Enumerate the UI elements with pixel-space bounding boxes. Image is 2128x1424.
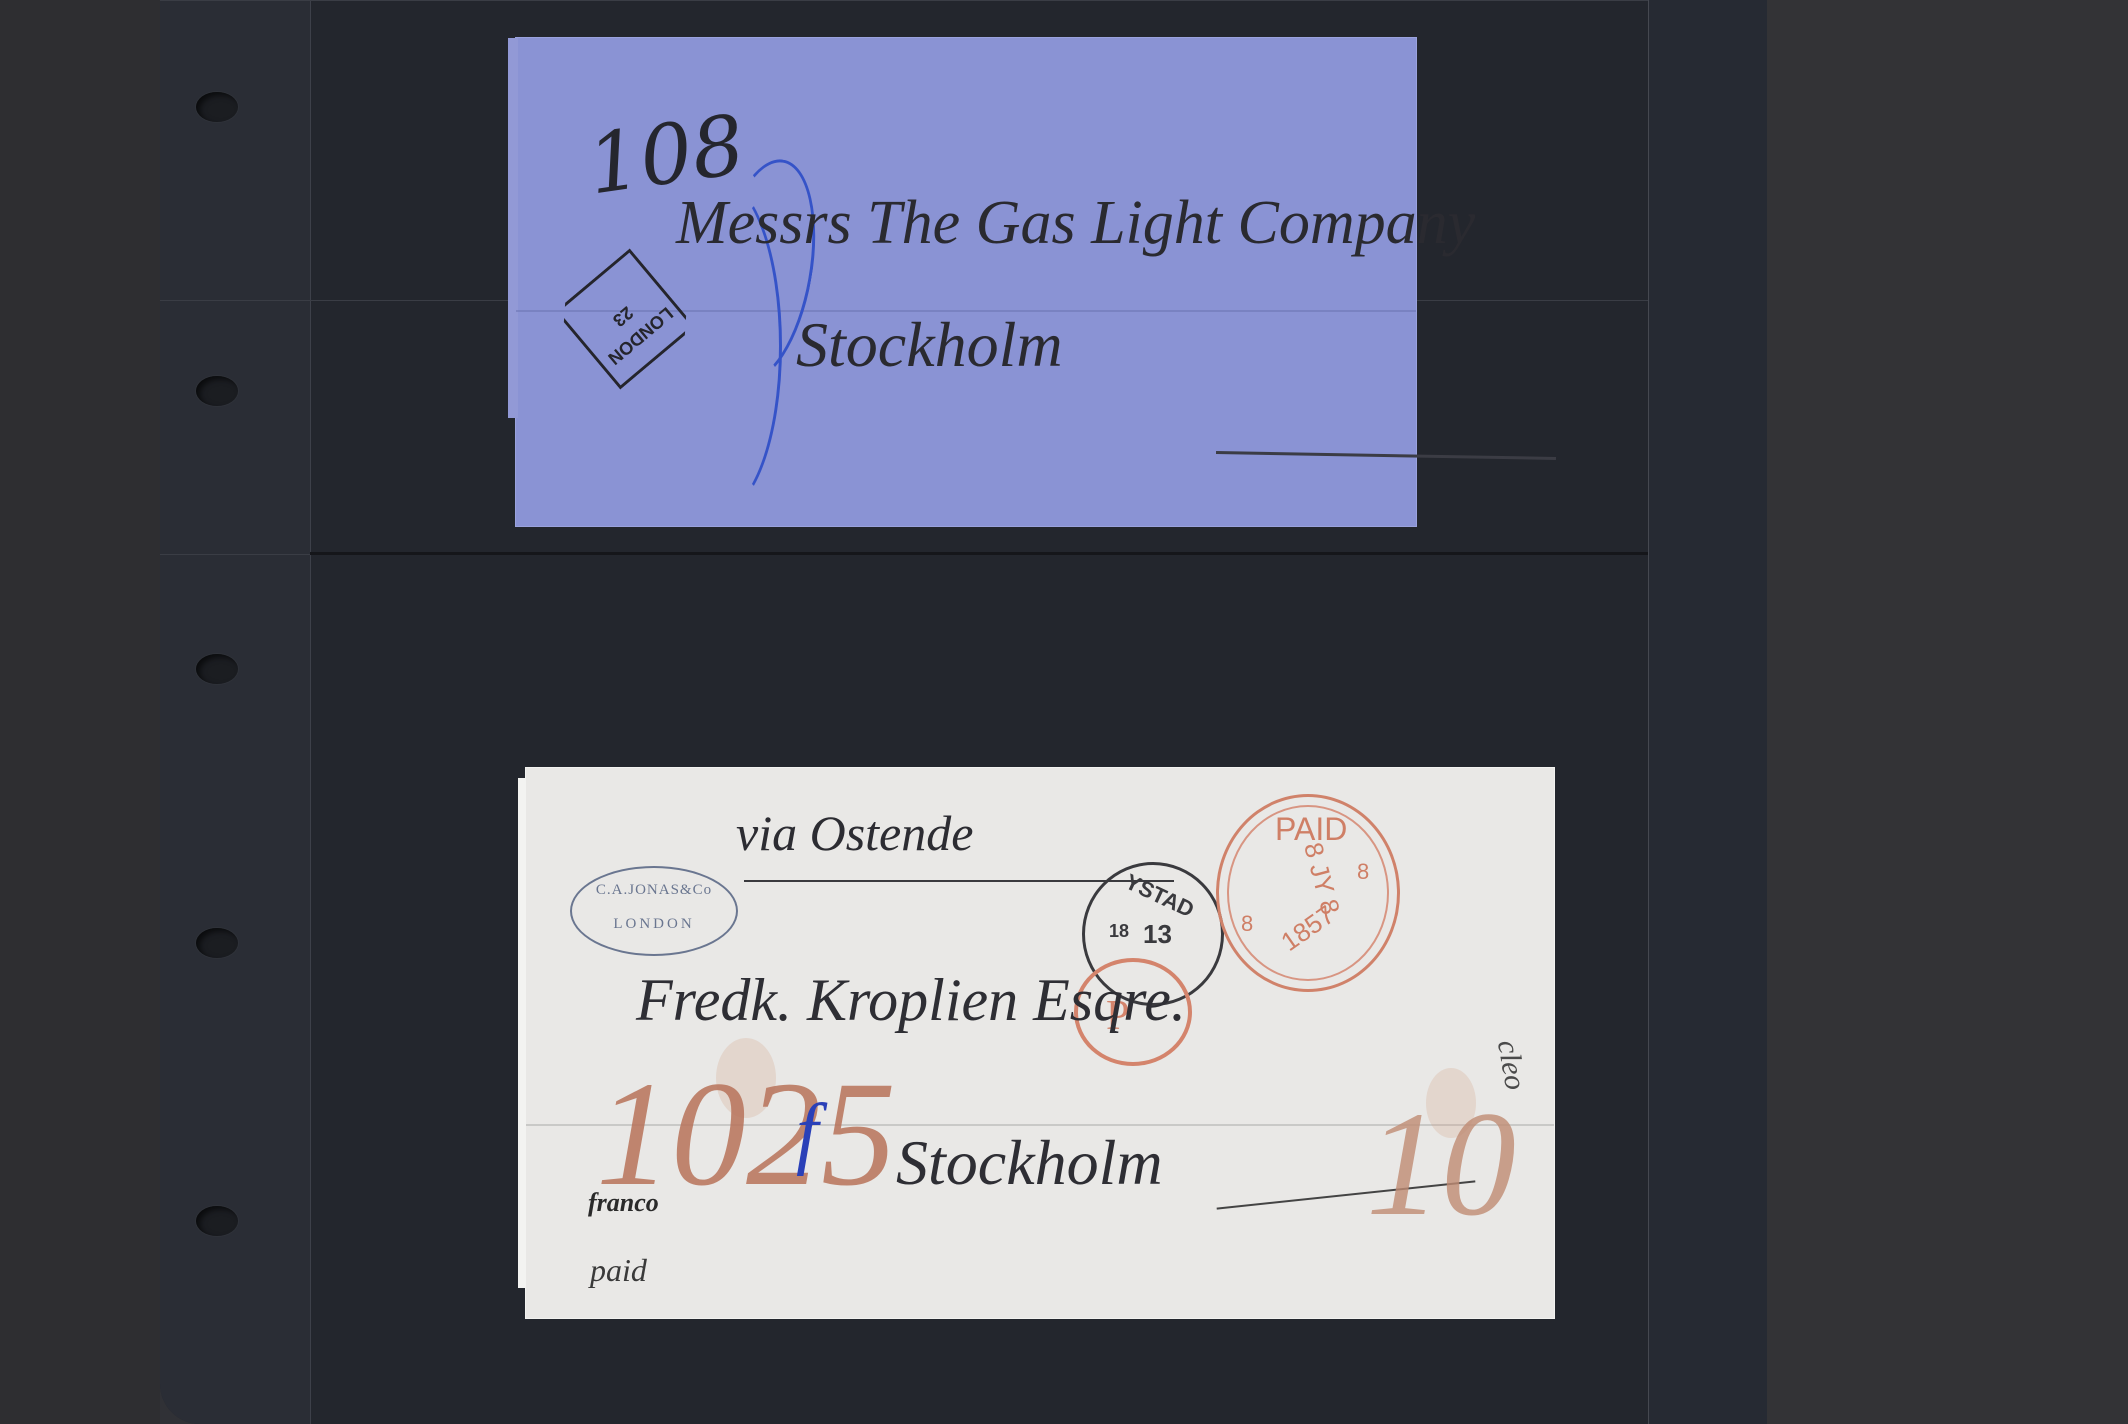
postmark-side: 18	[1109, 921, 1129, 942]
address-line-1: Messrs The Gas Light Company	[676, 188, 1475, 259]
postmark-left: 8	[1241, 911, 1253, 937]
route-note: via Ostende	[736, 804, 973, 862]
cover-flap	[508, 38, 518, 418]
address-line-2: Stockholm	[796, 308, 1063, 382]
blue-cover[interactable]: 108 LONDON 23 Messrs The Gas Light Compa…	[516, 38, 1416, 526]
postmark-day: 13	[1143, 919, 1172, 950]
postmark-year: 1857	[1275, 899, 1340, 958]
destination-city: Stockholm	[896, 1126, 1163, 1200]
paid-postmark: PAID 8 JY 8 1857 8 8	[1216, 794, 1400, 992]
cover-edge	[518, 778, 526, 1288]
white-cover[interactable]: via Ostende C.A.JONAS&Co LONDON YSTAD 18…	[526, 768, 1554, 1318]
postmark-date: 8 JY 8	[1297, 839, 1346, 918]
postmark-right: 8	[1357, 859, 1369, 885]
red-rate-marking-right: 10	[1366, 1078, 1516, 1250]
sender-cachet: C.A.JONAS&Co LONDON	[570, 866, 738, 956]
postmark-paid: PAID	[1275, 811, 1347, 848]
blue-rate-marking: f	[796, 1088, 818, 1179]
album-sleeve-edge	[1648, 0, 1767, 1424]
background-right	[1766, 0, 2128, 1424]
cachet-line-1: C.A.JONAS&Co	[572, 882, 736, 899]
cachet-line-2: LONDON	[572, 916, 736, 933]
postmark-town: YSTAD	[1121, 869, 1198, 923]
addressee: Fredk. Kroplien Esqre.	[636, 966, 1186, 1035]
side-note: cleo	[1490, 1037, 1532, 1092]
franco-marking: franco	[588, 1188, 659, 1218]
sleeve-divider	[310, 552, 1648, 555]
paid-note: paid	[590, 1252, 647, 1289]
